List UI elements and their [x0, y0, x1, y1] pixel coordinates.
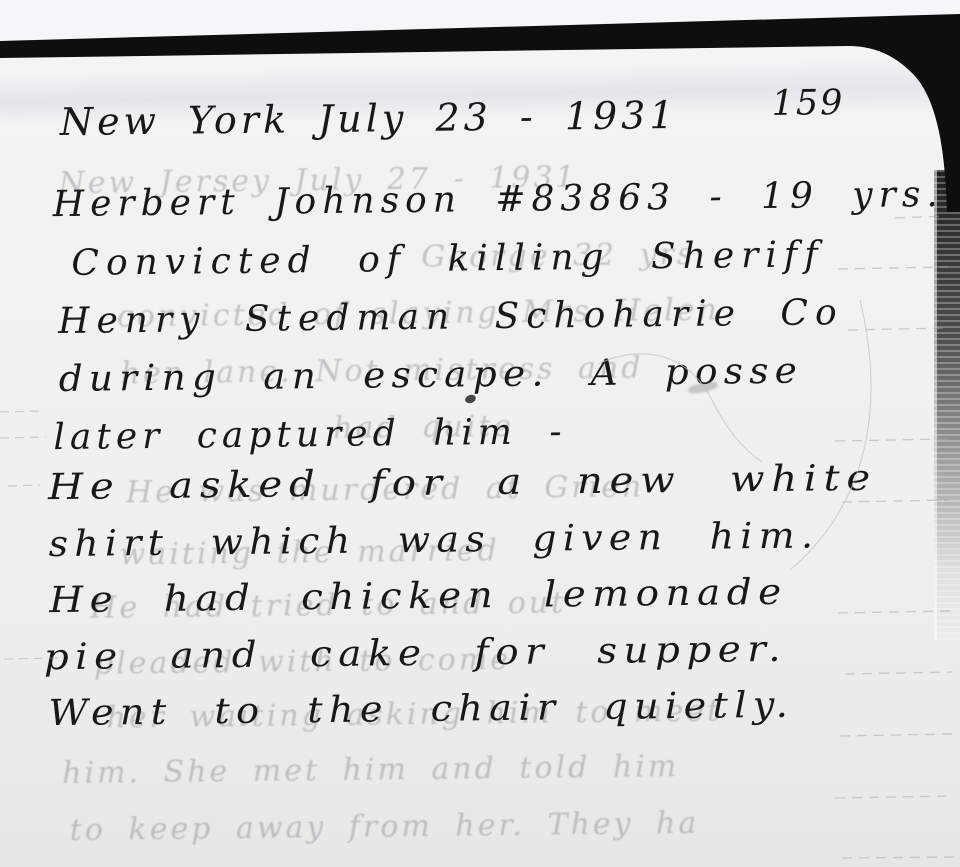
- binding-edge: [934, 170, 960, 640]
- handwriting-layer: New York July 23 - 1931 159 Herbert John…: [0, 0, 960, 867]
- handwriting-line: Convicted of killing Sheriff: [71, 234, 825, 284]
- handwriting-line: He asked for a new white: [48, 458, 878, 508]
- page-number: 159: [771, 83, 844, 124]
- handwriting-line: He had chicken lemonade: [49, 572, 788, 621]
- photographed-notebook-page: New Jersey July 27 - 1931 George 32 yrs …: [0, 0, 960, 867]
- heading-date-line: New York July 23 - 1931: [60, 93, 678, 144]
- handwriting-line: Herbert Johnson #83863 - 19 yrs.: [52, 174, 944, 225]
- handwriting-line: pie and cake for supper.: [44, 629, 788, 678]
- handwriting-line: Henry Stedman Schoharie Co: [58, 292, 844, 342]
- handwriting-line: later captured him -: [53, 411, 567, 458]
- handwriting-line: Went to the chair quietly.: [48, 685, 794, 734]
- handwriting-line: shirt which was given him.: [48, 515, 819, 565]
